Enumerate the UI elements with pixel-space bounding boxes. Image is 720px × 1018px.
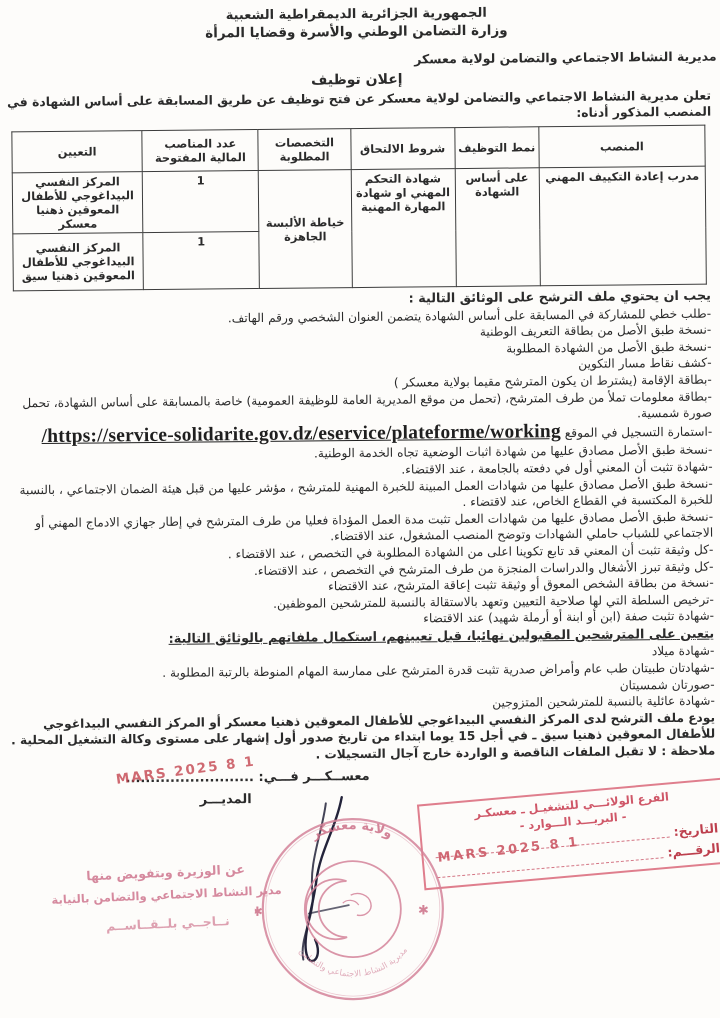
star-icon: ✱ [418,903,429,918]
required-docs-section: يجب ان يحتوي ملف الترشح على الوثائق التا… [0,285,720,767]
director-label: المديـــر [200,792,252,807]
cell-assignment-2: المركز النفسي البيداغوجي للأطفال المعوقي… [13,233,144,291]
svg-text:مديرية النشاط الاجتماعي والتضا: مديرية النشاط الاجتماعي والتضامن [297,945,411,980]
registry-number-label: الرقـــم: [667,840,720,861]
signature-zone: معســكـــر فـــي: ......................… [3,763,720,998]
col-position: المنصب [539,125,706,168]
svg-text:ولاية معسكر: ولاية معسكر [308,817,395,842]
registry-stamp: الفرع الولائـــي للتشغيـل ـ معسكـر - الب… [417,777,720,890]
table-row: مدرب إعادة التكييف المهني على أساس الشها… [12,166,706,234]
cell-count-2: 1 [143,231,260,289]
col-specialties: التخصصات المطلوبة [258,129,351,171]
col-assignment: التعيين [12,131,143,173]
round-stamp-top-text: ولاية معسكر [308,817,395,842]
col-conditions: شروط الالتحاق [350,128,455,170]
document-sheet: الجمهورية الجزائرية الديمقراطية الشعبية … [0,0,720,1018]
scanned-document: الجمهورية الجزائرية الديمقراطية الشعبية … [0,0,720,1018]
registry-date-label: التاريخ: [673,820,719,840]
cell-specialty: خياطة الألبسة الجاهزة [259,170,352,289]
national-emblem-icon [306,879,372,940]
round-stamp-bottom-text: مديرية النشاط الاجتماعي والتضامن [297,945,411,980]
registration-url-label: -استمارة التسجيل في الموقع [565,424,713,439]
official-round-stamp: ولاية معسكر مديرية النشاط الاجتماعي والت… [254,810,452,1008]
cell-count-1: 1 [142,170,259,232]
cell-position: مدرب إعادة التكييف المهني [539,166,706,286]
col-count: عدد المناصب المالية المفتوحة [142,129,259,171]
place-label: معســكـــر فـــي: [258,769,369,785]
table-header-row: المنصب نمط التوظيف شروط الالتحاق التخصصا… [12,125,705,173]
announcement-intro: تعلن مديرية النشاط الاجتماعي والتضامن لو… [0,85,717,127]
col-mode: نمط التوظيف [454,127,538,169]
cell-conditions: شهادة التحكم المهني او شهادة المهارة الم… [351,169,456,288]
directorate-title: مديرية النشاط الاجتماعي والتضامن لولاية … [0,49,717,71]
job-table: المنصب نمط التوظيف شروط الالتحاق التخصصا… [11,125,707,292]
registration-url: /https://service-solidarite.gov.dz/eserv… [42,424,561,446]
cell-assignment-1: المركز النفسي البيداغوجي للأطفال المعوقي… [12,172,143,234]
cell-mode: على أساس الشهادة [455,168,540,287]
star-icon: ✱ [254,905,263,920]
